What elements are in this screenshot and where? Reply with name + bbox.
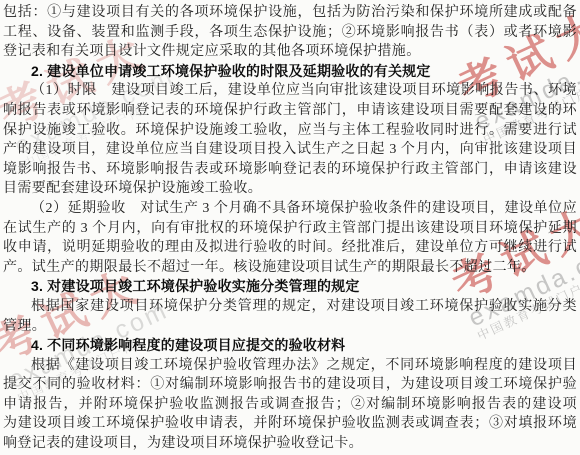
text-line: 根据国家建设项目环境保护分类管理的规定，对建设项目竣工环境保护验收实施分类 [3,297,577,317]
text-line: 产。试生产的期限最长不超过一年。核设施建设项目试生产的期限最长不超过二年。 [3,258,577,278]
text-line: 为建设项目竣工环境保护验收申请表，并附环境保护验收监测表或调查表；③对填报环境影 [3,414,577,434]
text-line: 管理。 [3,317,577,337]
text-line: 响报告表或环境影响登记表的环境保护行政主管部门，申请该建设项目需要配套建设的环境 [3,101,577,121]
text-line: 登记表和有关项目设计文件规定应采取的其他各项环境保护措施。 [3,42,577,62]
text-line: 目需要配套建设环境保护设施竣工验收。 [3,179,577,199]
text-line: 收申请，说明延期验收的理由及拟进行验收的时间。经批准后，建设单位方可继续进行试生 [3,238,577,258]
text-line: 工程、设备、装置和监测手段，各项生态保护设施；②环境影响报告书（表）或者环境影响 [3,23,577,43]
text-line: （2）延期验收 对试生产 3 个月确不具备环境保护验收条件的建设项目，建设单位应… [3,199,577,219]
text-line: 境影响报告书、环境影响报告表或环境影响登记表的环境保护行政主管部门，申请该建设项 [3,160,577,180]
text-line: 提交不同的验收材料：①对编制环境影响报告书的建设项目，为建设项目竣工环境保护验收 [3,375,577,395]
text-line: 包括：①与建设项目有关的各项环境保护设施，包括为防治污染和保护环境所建成或配备的 [3,3,577,23]
text-line: 产的建设项目，建设单位应当自建设项目投入试生产之日起 3 个月内，向审批该建设项… [3,140,577,160]
text-line: 在试生产的 3 个月内，向有审批权的环境保护行政主管部门提出该建设项目环境保护延… [3,219,577,239]
heading-line: 4. 不同环境影响程度的建设项目应提交的验收材料 [3,336,577,356]
heading-line: 3. 对建设项目竣工环境保护验收实施分类管理的规定 [3,277,577,297]
text-line: 响登记表的建设项目，为建设项目环境保护验收登记卡。 [3,434,577,454]
text-line: 保护设施竣工验收。环境保护设施竣工验收，应当与主体工程验收同时进行。需要进行试生 [3,121,577,141]
text-line: 申请报告，并附环境保护验收监测报告或调查报告；②对编制环境影响报告表的建设项目， [3,395,577,415]
document-page: 包括：①与建设项目有关的各项环境保护设施，包括为防治污染和保护环境所建成或配备的… [0,0,580,455]
text-line: （1）时限 建设项目竣工后，建设单位应当向审批该建设项目环境影响报告书、环境影 [3,81,577,101]
document-text: 包括：①与建设项目有关的各项环境保护设施，包括为防治污染和保护环境所建成或配备的… [3,3,577,454]
text-line: 根据《建设项目竣工环境保护验收管理办法》之规定，不同环境影响程度的建设项目应 [3,356,577,376]
heading-line: 2. 建设单位申请竣工环境保护验收的时限及延期验收的有关规定 [3,62,577,82]
